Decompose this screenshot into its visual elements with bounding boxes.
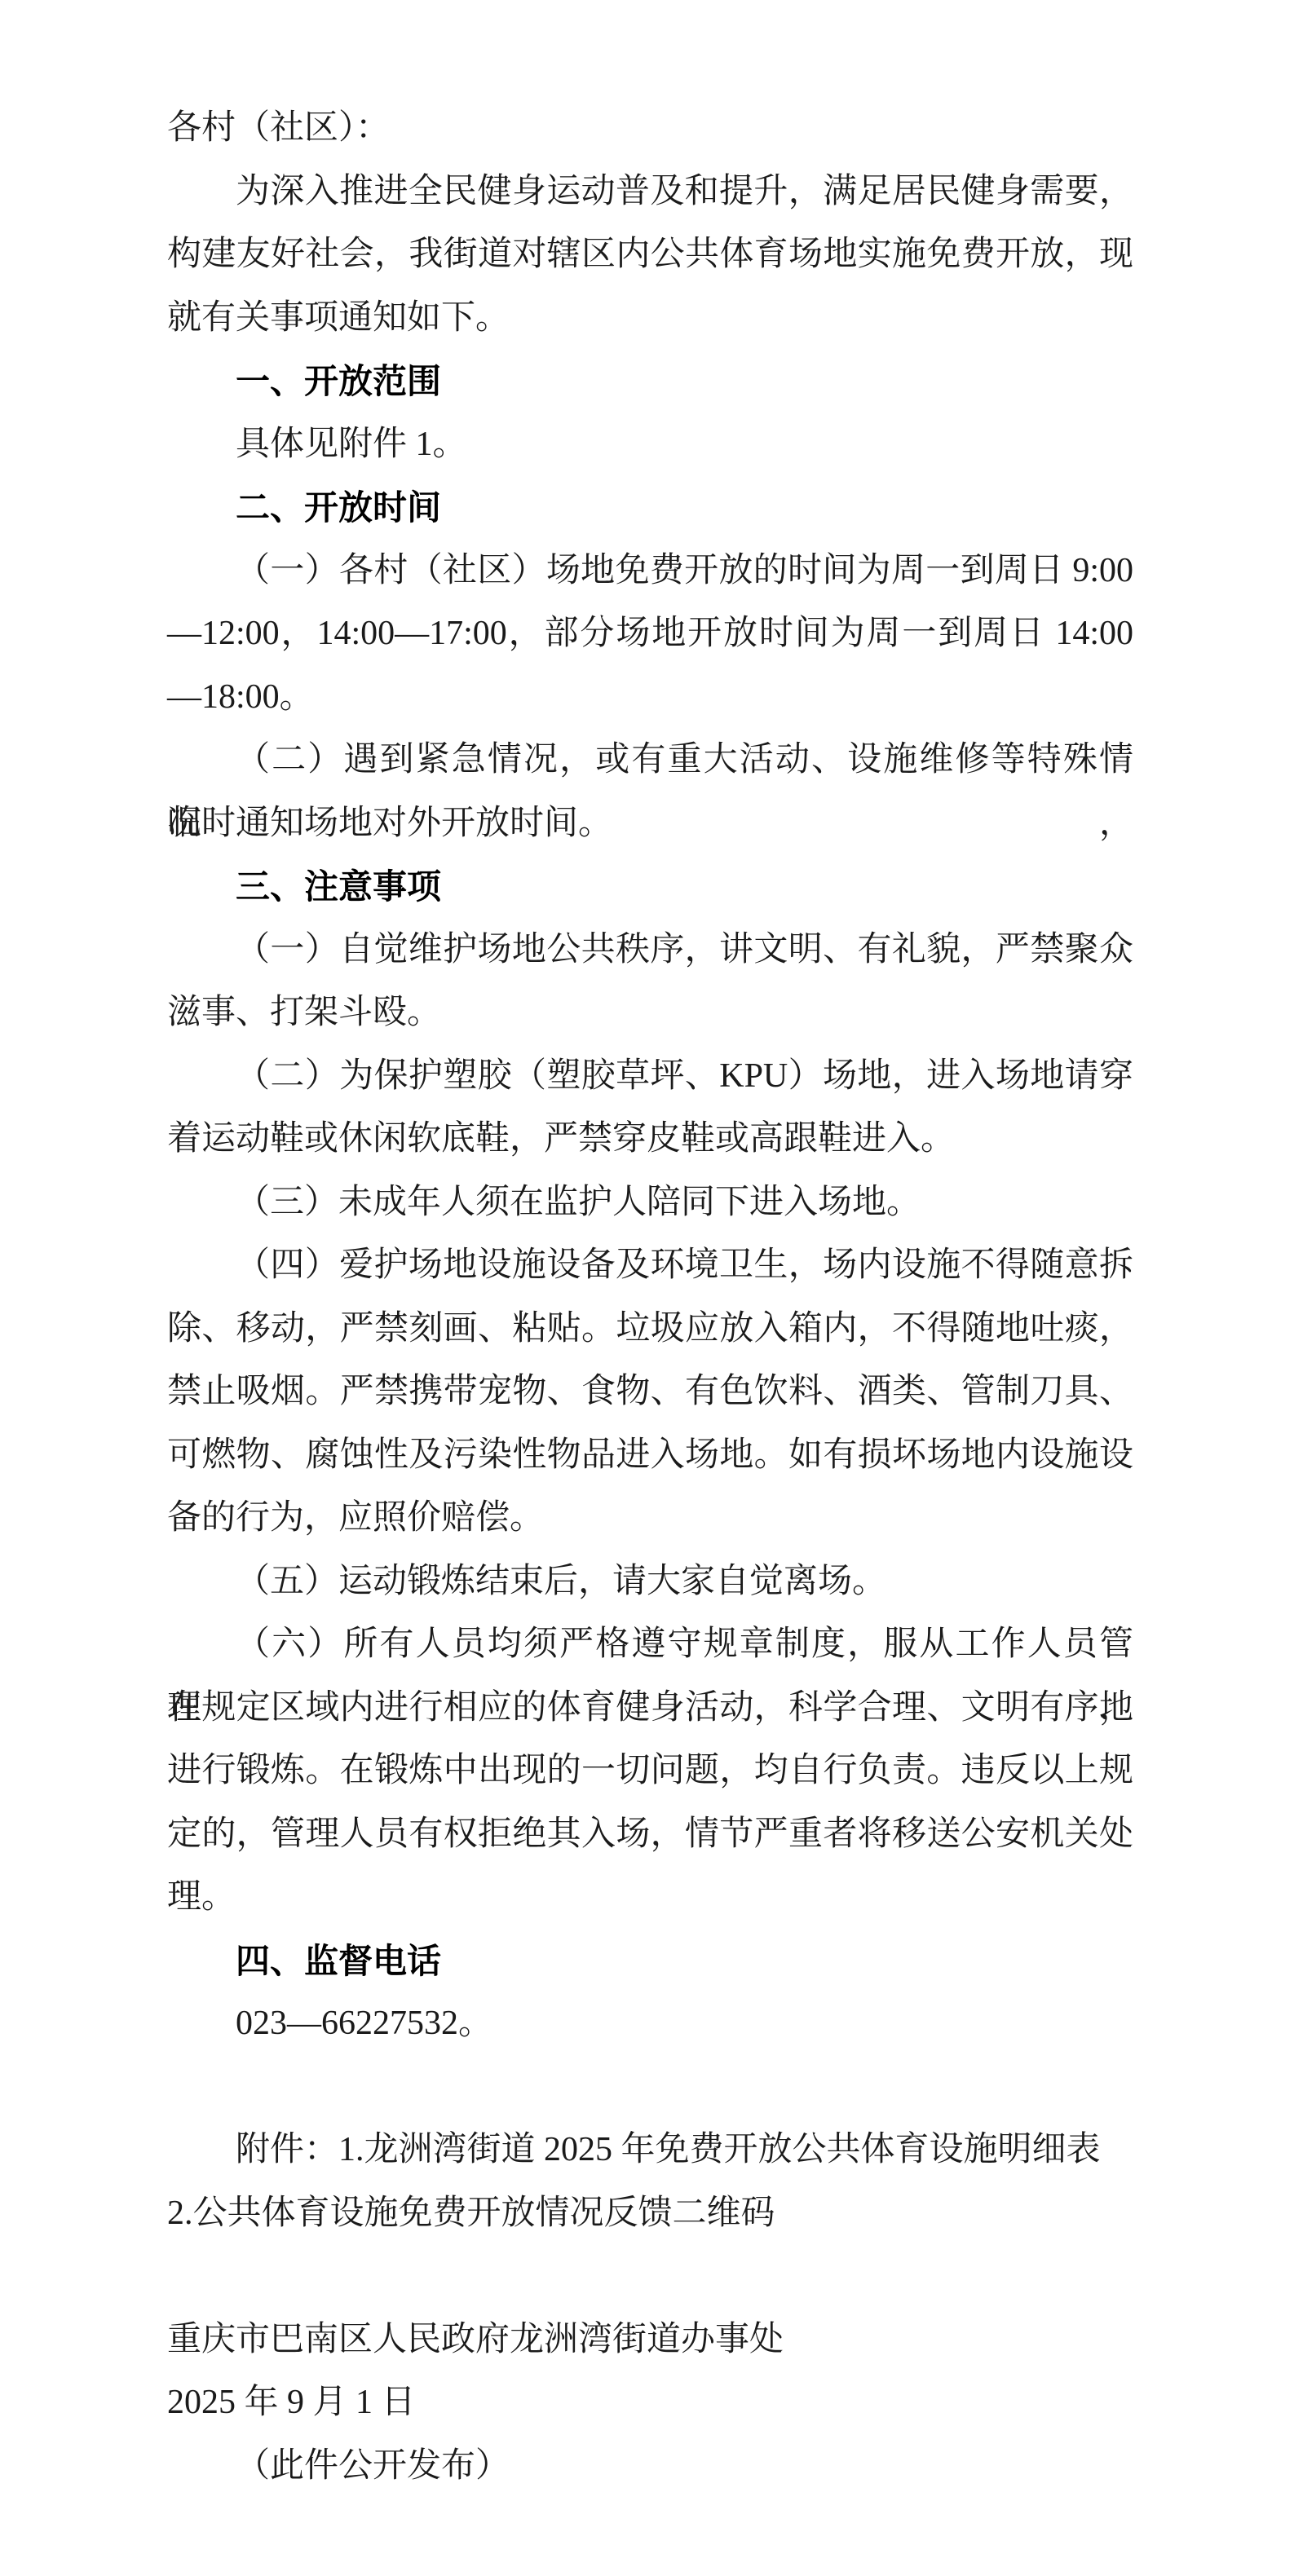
section2-item1: —18:00。 xyxy=(167,666,1133,730)
attachment-line-1: 附件：1.龙洲湾街道 2025 年免费开放公共体育设施明细表 xyxy=(167,2119,1133,2182)
section-heading-1: 一、开放范围 xyxy=(167,350,1133,413)
section-heading-4: 四、监督电话 xyxy=(167,1930,1133,1993)
section2-item2: （二）遇到紧急情况，或有重大活动、设施维修等特殊情况， xyxy=(167,729,1133,792)
section3-item4: 可燃物、腐蚀性及污染性物品进入场地。如有损坏场地内设施设 xyxy=(167,1424,1133,1488)
attachment-line-2: 2.公共体育设施免费开放情况反馈二维码 xyxy=(167,2182,1133,2246)
document-page: 各村（社区）： 为深入推进全民健身运动普及和提升，满足居民健身需要， 构建友好社… xyxy=(0,0,1294,2576)
section3-item3: （三）未成年人须在监护人陪同下进入场地。 xyxy=(167,1171,1133,1235)
intro-line: 就有关事项通知如下。 xyxy=(167,287,1133,351)
intro-line: 构建友好社会，我街道对辖区内公共体育场地实施免费开放，现 xyxy=(167,223,1133,287)
section3-item1: （一）自觉维护场地公共秩序，讲文明、有礼貌，严禁聚众 xyxy=(167,919,1133,982)
section3-item6: 理。 xyxy=(167,1866,1133,1930)
section3-item4: （四）爱护场地设施设备及环境卫生，场内设施不得随意拆 xyxy=(167,1234,1133,1298)
issuer-signature: 重庆市巴南区人民政府龙洲湾街道办事处 xyxy=(167,2309,1133,2372)
section3-item6: 定的，管理人员有权拒绝其入场，情节严重者将移送公安机关处 xyxy=(167,1803,1133,1867)
section-heading-3: 三、注意事项 xyxy=(167,855,1133,919)
section3-item2: （二）为保护塑胶（塑胶草坪、KPU）场地，进入场地请穿 xyxy=(167,1045,1133,1109)
section3-item2: 着运动鞋或休闲软底鞋，严禁穿皮鞋或高跟鞋进入。 xyxy=(167,1108,1133,1171)
intro-line: 为深入推进全民健身运动普及和提升，满足居民健身需要， xyxy=(167,161,1133,224)
section3-item6: 进行锻炼。在锻炼中出现的一切问题，均自行负责。违反以上规 xyxy=(167,1740,1133,1803)
section3-item4: 禁止吸烟。严禁携带宠物、食物、有色饮料、酒类、管制刀具、 xyxy=(167,1361,1133,1424)
section3-item6: 在规定区域内进行相应的体育健身活动，科学合理、文明有序地 xyxy=(167,1677,1133,1740)
section3-item1: 滋事、打架斗殴。 xyxy=(167,981,1133,1045)
supervision-phone: 023—66227532。 xyxy=(167,1992,1133,2056)
section3-item4: 备的行为，应照价赔偿。 xyxy=(167,1487,1133,1550)
release-note: （此件公开发布） xyxy=(167,2435,1133,2499)
section2-item1: （一）各村（社区）场地免费开放的时间为周一到周日 9:00 xyxy=(167,540,1133,603)
section1-body: 具体见附件 1。 xyxy=(167,413,1133,477)
salutation: 各村（社区）： xyxy=(167,97,1133,161)
section-heading-2: 二、开放时间 xyxy=(167,476,1133,540)
section3-item4: 除、移动，严禁刻画、粘贴。垃圾应放入箱内，不得随地吐痰， xyxy=(167,1298,1133,1361)
section2-item1: —12:00，14:00—17:00，部分场地开放时间为周一到周日 14:00 xyxy=(167,602,1133,666)
issue-date: 2025 年 9 月 1 日 xyxy=(167,2371,1133,2435)
section3-item6: （六）所有人员均须严格遵守规章制度，服从工作人员管理， xyxy=(167,1613,1133,1677)
notice-body: 各村（社区）： 为深入推进全民健身运动普及和提升，满足居民健身需要， 构建友好社… xyxy=(167,97,1133,2498)
section3-item5: （五）运动锻炼结束后，请大家自觉离场。 xyxy=(167,1550,1133,1614)
